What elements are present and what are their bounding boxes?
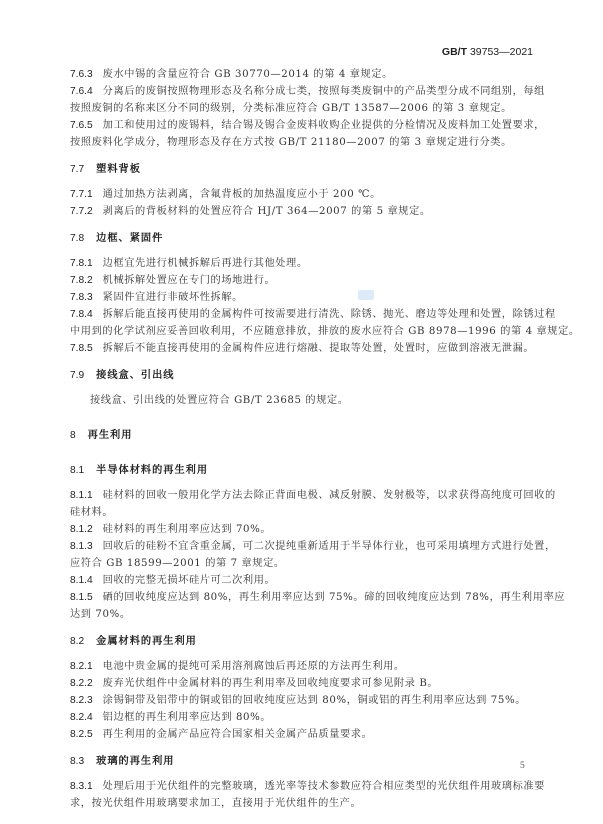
clause-number: 7.6.5 [70, 117, 93, 134]
clause-line: 7.8.2机械拆解处置应在专门的场地进行。 [70, 272, 535, 289]
chapter-heading: 8再生利用 [70, 427, 535, 444]
spacer [70, 357, 535, 367]
clause: 7.6.3废水中锡的含量应符合 GB 30770—2014 的第 4 章规定。 [70, 66, 535, 83]
spacer [70, 409, 535, 417]
clause-text: 硅材料的回收一般用化学方法去除正背面电极、减反射膜、发射极等，以求获得高纯度可回… [103, 490, 556, 501]
clause-line: 8.2.5再生利用的金属产品应符合国家相关金属产品质量要求。 [70, 726, 535, 743]
clause-text: 紧固件宜进行非破坏性拆解。 [103, 292, 243, 303]
clause-text: 再生利用的金属产品应符合国家相关金属产品质量要求。 [103, 729, 373, 740]
clause: 7.8.1边框宜先进行机械拆解后再进行其他处理。 [70, 255, 535, 272]
clause-number: 8.1.2 [70, 521, 93, 538]
page-number: 5 [520, 761, 525, 771]
section-number: 7.8 [70, 230, 84, 247]
spacer [70, 650, 535, 658]
clause-line: 按照废铜的名称来区分不同的级别，分类标准应符合 GB/T 13587—2006 … [70, 100, 535, 117]
clause-number: 7.8.2 [70, 272, 93, 289]
clause-line: 7.6.5加工和使用过的废锡料，结合锡及锡合金废料收购企业提供的分检情况及废料加… [70, 117, 535, 134]
clause: 8.1.1硅材料的回收一般用化学方法去除正背面电极、减反射膜、发射极等，以求获得… [70, 487, 535, 521]
clause-line: 硅材料。 [70, 504, 535, 521]
spacer [70, 452, 535, 462]
clause-text: 应符合 GB 18599—2001 的第 7 章规定。 [70, 558, 285, 569]
clause: 8.2.3涂锡铜带及铝带中的铜或铝的回收纯度应达到 80%，铜或铝的再生利用率应… [70, 692, 535, 709]
clause: 8.1.4回收的完整无损坏硅片可二次利用。 [70, 572, 535, 589]
clause: 8.2.5再生利用的金属产品应符合国家相关金属产品质量要求。 [70, 726, 535, 743]
clause: 8.2.2废弃光伏组件中金属材料的再生利用率及回收纯度要求可参见附录 B。 [70, 675, 535, 692]
section-heading: 7.8边框、紧固件 [70, 230, 535, 247]
clause-text: 处理后用于光伏组件的完整玻璃，透光率等技术参数应符合相应类型的光伏组件用玻璃标准… [103, 781, 545, 792]
clause-line: 应符合 GB 18599—2001 的第 7 章规定。 [70, 555, 535, 572]
document-body: 7.6.3废水中锡的含量应符合 GB 30770—2014 的第 4 章规定。7… [70, 66, 535, 812]
spacer [70, 743, 535, 753]
clause-text: 回收的完整无损坏硅片可二次利用。 [103, 575, 276, 586]
paragraph: 接线盒、引出线的处置应符合 GB/T 23685 的规定。 [70, 392, 535, 409]
clause: 7.7.1通过加热方法剥离，含氟背板的加热温度应小于 200 ℃。 [70, 186, 535, 203]
clause-number: 7.8.5 [70, 340, 93, 357]
clause-line: 8.1.2硅材料的再生利用率应达到 70%。 [70, 521, 535, 538]
section-number: 8.3 [70, 753, 84, 770]
clause: 7.6.4分离后的废铜按照物理形态及名称分成七类，按照每类废铜中的产品类型分成不… [70, 83, 535, 117]
clause: 8.1.2硅材料的再生利用率应达到 70%。 [70, 521, 535, 538]
clause-line: 8.1.5硒的回收纯度应达到 80%，再生利用率应达到 75%。碲的回收纯度应达… [70, 589, 535, 606]
clause-text: 通过加热方法剥离，含氟背板的加热温度应小于 200 ℃。 [103, 189, 381, 200]
clause: 7.8.3紧固件宜进行非破坏性拆解。 [70, 289, 535, 306]
section-number: 8 [70, 427, 76, 444]
spacer [70, 479, 535, 487]
clause: 8.2.4铝边框的再生利用率应达到 80%。 [70, 709, 535, 726]
clause-text: 剥离后的背板材料的处置应符合 HJ/T 364—2007 的第 5 章规定。 [103, 206, 431, 217]
clause-text: 拆解后能直接再使用的金属构件可按需要进行清洗、除锈、抛光、磨边等处理和处置，除锈… [103, 309, 556, 320]
section-heading: 7.9接线盒、引出线 [70, 367, 535, 384]
clause-number: 7.8.3 [70, 289, 93, 306]
section-heading: 8.1半导体材料的再生利用 [70, 462, 535, 479]
clause-line: 7.8.5拆解后不能直接再使用的金属构件应进行熔融、提取等处置，处置时，应做到溶… [70, 340, 535, 357]
clause-text: 中用到的化学试剂应妥善回收利用，不应随意排放，排放的废水应符合 GB 8978—… [70, 326, 580, 337]
spacer [70, 770, 535, 778]
clause-text: 拆解后不能直接再使用的金属构件应进行熔融、提取等处置，处置时，应做到溶液无泄漏。 [103, 343, 535, 354]
clause: 7.8.2机械拆解处置应在专门的场地进行。 [70, 272, 535, 289]
section-title: 边框、紧固件 [96, 233, 163, 244]
section-number: 7.7 [70, 161, 84, 178]
clause-text: 回收后的硅粉不宜含重金属，可二次提纯重新适用于半导体行业，也可采用填埋方式进行处… [103, 541, 556, 552]
clause-line: 7.6.3废水中锡的含量应符合 GB 30770—2014 的第 4 章规定。 [70, 66, 535, 83]
spacer [70, 178, 535, 186]
clause-line: 8.2.2废弃光伏组件中金属材料的再生利用率及回收纯度要求可参见附录 B。 [70, 675, 535, 692]
spacer [70, 417, 535, 427]
clause-text: 电池中贵金属的提纯可采用溶剂腐蚀后再还原的方法再生利用。 [103, 661, 405, 672]
section-title: 玻璃的再生利用 [96, 756, 174, 767]
clause-number: 8.2.1 [70, 658, 93, 675]
clause: 7.7.2剥离后的背板材料的处置应符合 HJ/T 364—2007 的第 5 章… [70, 203, 535, 220]
spacer [70, 623, 535, 633]
clause: 7.6.5加工和使用过的废锡料，结合锡及锡合金废料收购企业提供的分检情况及废料加… [70, 117, 535, 151]
clause-line: 8.2.4铝边框的再生利用率应达到 80%。 [70, 709, 535, 726]
clause-line: 8.1.4回收的完整无损坏硅片可二次利用。 [70, 572, 535, 589]
section-title: 塑料背板 [96, 164, 141, 175]
clause-number: 8.3.1 [70, 778, 93, 795]
clause-text: 铝边框的再生利用率应达到 80%。 [103, 712, 272, 723]
clause-line: 7.8.3紧固件宜进行非破坏性拆解。 [70, 289, 535, 306]
clause-number: 8.2.2 [70, 675, 93, 692]
spacer [70, 384, 535, 392]
clause-text: 废弃光伏组件中金属材料的再生利用率及回收纯度要求可参见附录 B。 [103, 678, 439, 689]
paragraph-line: 接线盒、引出线的处置应符合 GB/T 23685 的规定。 [70, 392, 535, 409]
clause-text: 按照废铜的名称来区分不同的级别，分类标准应符合 GB/T 13587—2006 … [70, 103, 512, 114]
spacer [70, 151, 535, 161]
clause-number: 8.2.4 [70, 709, 93, 726]
clause-text: 加工和使用过的废锡料，结合锡及锡合金废料收购企业提供的分检情况及废料加工处置要求… [103, 120, 545, 131]
clause-number: 7.7.1 [70, 186, 93, 203]
section-heading: 7.7塑料背板 [70, 161, 535, 178]
clause-line: 7.7.2剥离后的背板材料的处置应符合 HJ/T 364—2007 的第 5 章… [70, 203, 535, 220]
clause-number: 8.2.3 [70, 692, 93, 709]
clause-line: 7.7.1通过加热方法剥离，含氟背板的加热温度应小于 200 ℃。 [70, 186, 535, 203]
clause-text: 按照废料化学成分，物理形态及存在方式按 GB/T 21180—2007 的第 3… [70, 137, 512, 148]
clause-line: 7.8.4拆解后能直接再使用的金属构件可按需要进行清洗、除锈、抛光、磨边等处理和… [70, 306, 535, 323]
clause: 7.8.5拆解后不能直接再使用的金属构件应进行熔融、提取等处置，处置时，应做到溶… [70, 340, 535, 357]
clause-number: 7.8.1 [70, 255, 93, 272]
clause-line: 7.8.1边框宜先进行机械拆解后再进行其他处理。 [70, 255, 535, 272]
clause: 8.1.5硒的回收纯度应达到 80%，再生利用率应达到 75%。碲的回收纯度应达… [70, 589, 535, 623]
clause-number: 7.7.2 [70, 203, 93, 220]
clause-number: 8.1.4 [70, 572, 93, 589]
clause-text: 硅材料。 [70, 507, 113, 518]
clause-text: 达到 70%。 [70, 609, 131, 620]
section-heading: 8.2金属材料的再生利用 [70, 633, 535, 650]
clause-text: 分离后的废铜按照物理形态及名称分成七类，按照每类废铜中的产品类型分成不同组别，每… [103, 86, 545, 97]
section-title: 金属材料的再生利用 [96, 636, 197, 647]
clause-text: 硒的回收纯度应达到 80%，再生利用率应达到 75%。碲的回收纯度应达到 78%… [103, 592, 565, 603]
clause-line: 求，按光伏组件用玻璃要求加工，直接用于光伏组件的生产。 [70, 795, 535, 812]
clause-number: 8.1.3 [70, 538, 93, 555]
section-heading: 8.3玻璃的再生利用 [70, 753, 535, 770]
section-title: 半导体材料的再生利用 [96, 465, 208, 476]
clause-line: 8.3.1处理后用于光伏组件的完整玻璃，透光率等技术参数应符合相应类型的光伏组件… [70, 778, 535, 795]
section-number: 8.2 [70, 633, 84, 650]
clause: 7.8.4拆解后能直接再使用的金属构件可按需要进行清洗、除锈、抛光、磨边等处理和… [70, 306, 535, 340]
clause-number: 7.6.3 [70, 66, 93, 83]
clause-text: 机械拆解处置应在专门的场地进行。 [103, 275, 276, 286]
clause-text: 硅材料的再生利用率应达到 70%。 [103, 524, 272, 535]
clause-text: 废水中锡的含量应符合 GB 30770—2014 的第 4 章规定。 [103, 69, 393, 80]
section-number: 8.1 [70, 462, 84, 479]
clause-number: 8.2.5 [70, 726, 93, 743]
clause-line: 8.2.3涂锡铜带及铝带中的铜或铝的回收纯度应达到 80%，铜或铝的再生利用率应… [70, 692, 535, 709]
clause-line: 7.6.4分离后的废铜按照物理形态及名称分成七类，按照每类废铜中的产品类型分成不… [70, 83, 535, 100]
clause-line: 达到 70%。 [70, 606, 535, 623]
clause-number: 7.8.4 [70, 306, 93, 323]
document-header: GB/T 39753—2021 [442, 46, 533, 58]
clause: 8.1.3回收后的硅粉不宜含重金属，可二次提纯重新适用于半导体行业，也可采用填埋… [70, 538, 535, 572]
section-title: 再生利用 [88, 430, 133, 441]
clause-text: 涂锡铜带及铝带中的铜或铝的回收纯度应达到 80%，铜或铝的再生利用率应达到 75… [103, 695, 526, 706]
clause-number: 8.1.5 [70, 589, 93, 606]
section-title: 接线盒、引出线 [96, 370, 174, 381]
standard-number: 39753—2021 [470, 46, 533, 58]
spacer [70, 220, 535, 230]
clause-line: 8.1.3回收后的硅粉不宜含重金属，可二次提纯重新适用于半导体行业，也可采用填埋… [70, 538, 535, 555]
clause-text: 边框宜先进行机械拆解后再进行其他处理。 [103, 258, 308, 269]
clause-text: 求，按光伏组件用玻璃要求加工，直接用于光伏组件的生产。 [70, 798, 361, 809]
clause-line: 按照废料化学成分，物理形态及存在方式按 GB/T 21180—2007 的第 3… [70, 134, 535, 151]
clause-line: 中用到的化学试剂应妥善回收利用，不应随意排放，排放的废水应符合 GB 8978—… [70, 323, 535, 340]
clause-line: 8.1.1硅材料的回收一般用化学方法去除正背面电极、减反射膜、发射极等，以求获得… [70, 487, 535, 504]
spacer [70, 444, 535, 452]
clause-number: 7.6.4 [70, 83, 93, 100]
clause: 8.2.1电池中贵金属的提纯可采用溶剂腐蚀后再还原的方法再生利用。 [70, 658, 535, 675]
clause: 8.3.1处理后用于光伏组件的完整玻璃，透光率等技术参数应符合相应类型的光伏组件… [70, 778, 535, 812]
clause-number: 8.1.1 [70, 487, 93, 504]
clause-line: 8.2.1电池中贵金属的提纯可采用溶剂腐蚀后再还原的方法再生利用。 [70, 658, 535, 675]
section-number: 7.9 [70, 367, 84, 384]
spacer [70, 247, 535, 255]
standard-prefix: GB/T [442, 46, 467, 58]
